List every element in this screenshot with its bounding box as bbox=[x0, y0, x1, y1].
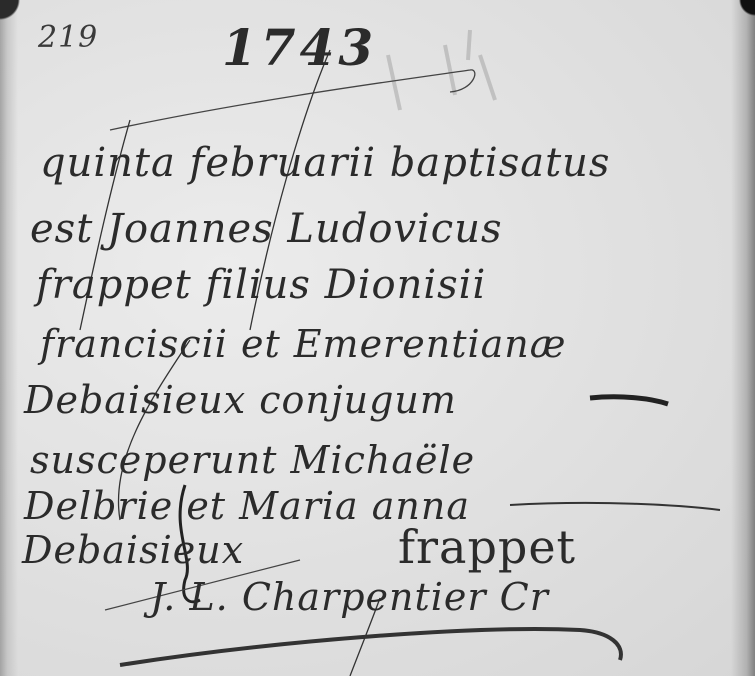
page-edge-right bbox=[731, 0, 755, 676]
page-edge-left bbox=[0, 0, 18, 676]
entry-line-3: frappet filius Dionisii bbox=[36, 262, 486, 308]
entry-line-4: franciscii et Emerentianæ bbox=[40, 322, 566, 366]
signature-cure: J. L. Charpentier Cr bbox=[150, 575, 549, 619]
page-corner-shadow bbox=[0, 0, 40, 40]
entry-line-6: susceperunt Michaële bbox=[30, 438, 475, 482]
entry-line-2: est Joannes Ludovicus bbox=[30, 206, 502, 252]
entry-line-5: Debaisieux conjugum bbox=[24, 378, 457, 422]
signature-frappet: frappet bbox=[398, 520, 576, 574]
year-heading: 1743 bbox=[222, 18, 377, 77]
entry-line-1: quinta februarii baptisatus bbox=[40, 140, 610, 186]
entry-line-8: Debaisieux bbox=[22, 528, 244, 572]
folio-number: 219 bbox=[38, 20, 98, 55]
page-corner-shadow bbox=[725, 0, 755, 30]
register-page: 219 1743 quinta februarii baptisatus est… bbox=[0, 0, 755, 676]
